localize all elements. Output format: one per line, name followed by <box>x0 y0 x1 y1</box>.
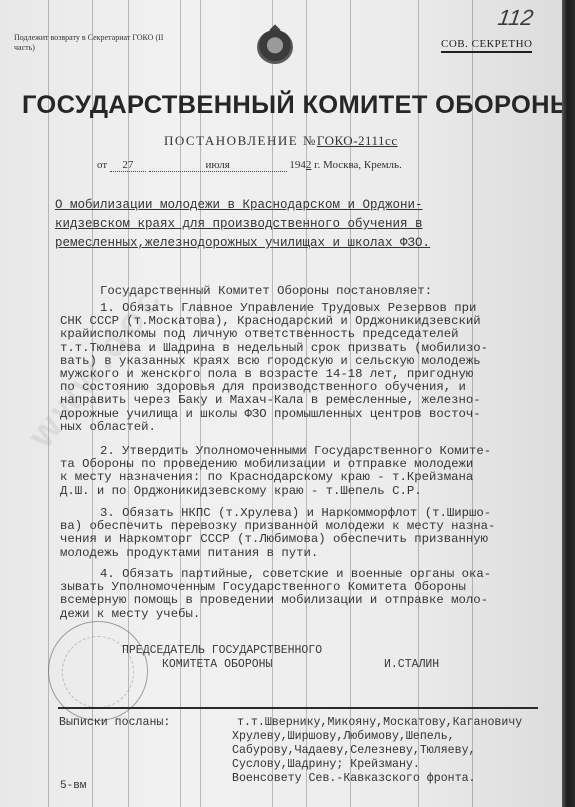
paragraph-line: молодежь продуктами питания в пути. <box>60 547 495 560</box>
return-note: Подлежит возврату в Секретариат ГОКО (II… <box>14 33 184 53</box>
distribution-label: Выписки посланы: <box>59 716 170 730</box>
divider-rule <box>58 707 538 709</box>
distribution-line: Хрулеву,Ширшову,Любимову,Шепель, <box>232 730 522 744</box>
issuer-heading: ГОСУДАРСТВЕННЫЙ КОМИТЕТ ОБОРОНЫ <box>22 91 562 120</box>
signatory-title-line2: КОМИТЕТА ОБОРОНЫ <box>122 658 322 672</box>
classification-stamp: СОВ. СЕКРЕТНО <box>441 38 532 53</box>
scan-edge-shadow <box>562 0 575 807</box>
signatory-name: И.СТАЛИН <box>384 658 439 672</box>
paragraph-4: 4. Обязать партийные, советские и военны… <box>60 568 491 621</box>
paragraph-line: дежи к месту учебы. <box>60 608 491 621</box>
title-line: кидзевском краях для производственного о… <box>55 215 515 234</box>
date-year-suffix: 2 <box>306 159 312 171</box>
date-line: от 27 июля 1942 г. Москва, Кремль. <box>97 159 402 172</box>
date-place: г. Москва, Кремль. <box>314 159 402 171</box>
paragraph-line: чения и Наркомторг СССР (т.Любимова) обе… <box>60 533 495 546</box>
paragraph-line: дорожные училища и школы ФЗО промышленны… <box>60 408 488 421</box>
date-prefix: от <box>97 159 107 171</box>
title-line: О мобилизации молодежи в Краснодарском и… <box>55 196 515 215</box>
date-month: июля <box>149 159 287 172</box>
distribution-line: Сабурову,Чадаеву,Селезневу,Тюляеву, <box>232 744 522 758</box>
date-day: 27 <box>110 159 146 172</box>
decree-number: ГОКО-2111сс <box>317 133 398 148</box>
distribution-line: Суслову,Шадрину; Крейзману. <box>232 758 522 772</box>
paragraph-2: 2. Утвердить Уполномоченными Государстве… <box>60 445 491 498</box>
distribution-line: Военсовету Сев.-Кавказского фронта. <box>232 772 522 786</box>
decree-label: ПОСТАНОВЛЕНИЕ № <box>164 133 317 148</box>
distribution-line: т.т.Швернику,Микояну,Москатову,Каганович… <box>237 716 522 730</box>
page-number: 112 <box>496 5 535 31</box>
paragraph-line: к месту назначения: по Краснодарскому кр… <box>60 471 491 484</box>
paragraph-line: т.т.Тюлнева и Шадрина в недельный срок п… <box>60 342 488 355</box>
document-page: www.doc Подлежит возврату в Секретариат … <box>0 0 562 807</box>
paragraph-line: Д.Ш. и по Орджоникидзевскому краю - т.Ше… <box>60 485 491 498</box>
signatory-title-line1: ПРЕДСЕДАТЕЛЬ ГОСУДАРСТВЕННОГО <box>122 644 322 658</box>
decree-line: ПОСТАНОВЛЕНИЕ №ГОКО-2111сс <box>164 133 398 149</box>
ussr-coat-of-arms-icon <box>257 30 293 64</box>
paragraph-1: 1. Обязать Главное Управление Трудовых Р… <box>60 302 488 434</box>
paragraph-line: ных областей. <box>60 421 488 434</box>
preamble: Государственный Комитет Обороны постанов… <box>100 285 432 298</box>
footer-code: 5-вм <box>60 780 86 792</box>
signatory-title: ПРЕДСЕДАТЕЛЬ ГОСУДАРСТВЕННОГО КОМИТЕТА О… <box>122 644 322 672</box>
distribution-list: т.т.Швернику,Микояну,Москатову,Каганович… <box>237 716 522 786</box>
paragraph-line: крайисполкомы под личную ответственность… <box>60 328 488 341</box>
paragraph-line: направить через Баку и Махач-Кала в реме… <box>60 394 488 407</box>
paragraph-3: 3. Обязать НКПС (т.Хрулева) и Наркомморф… <box>60 507 495 560</box>
date-year-prefix: 194 <box>289 159 306 171</box>
decree-title: О мобилизации молодежи в Краснодарском и… <box>55 196 515 253</box>
paragraph-line: всемерную помощь в проведении мобилизаци… <box>60 594 491 607</box>
title-line: ремесленных,железнодорожных училищах и ш… <box>55 234 515 253</box>
